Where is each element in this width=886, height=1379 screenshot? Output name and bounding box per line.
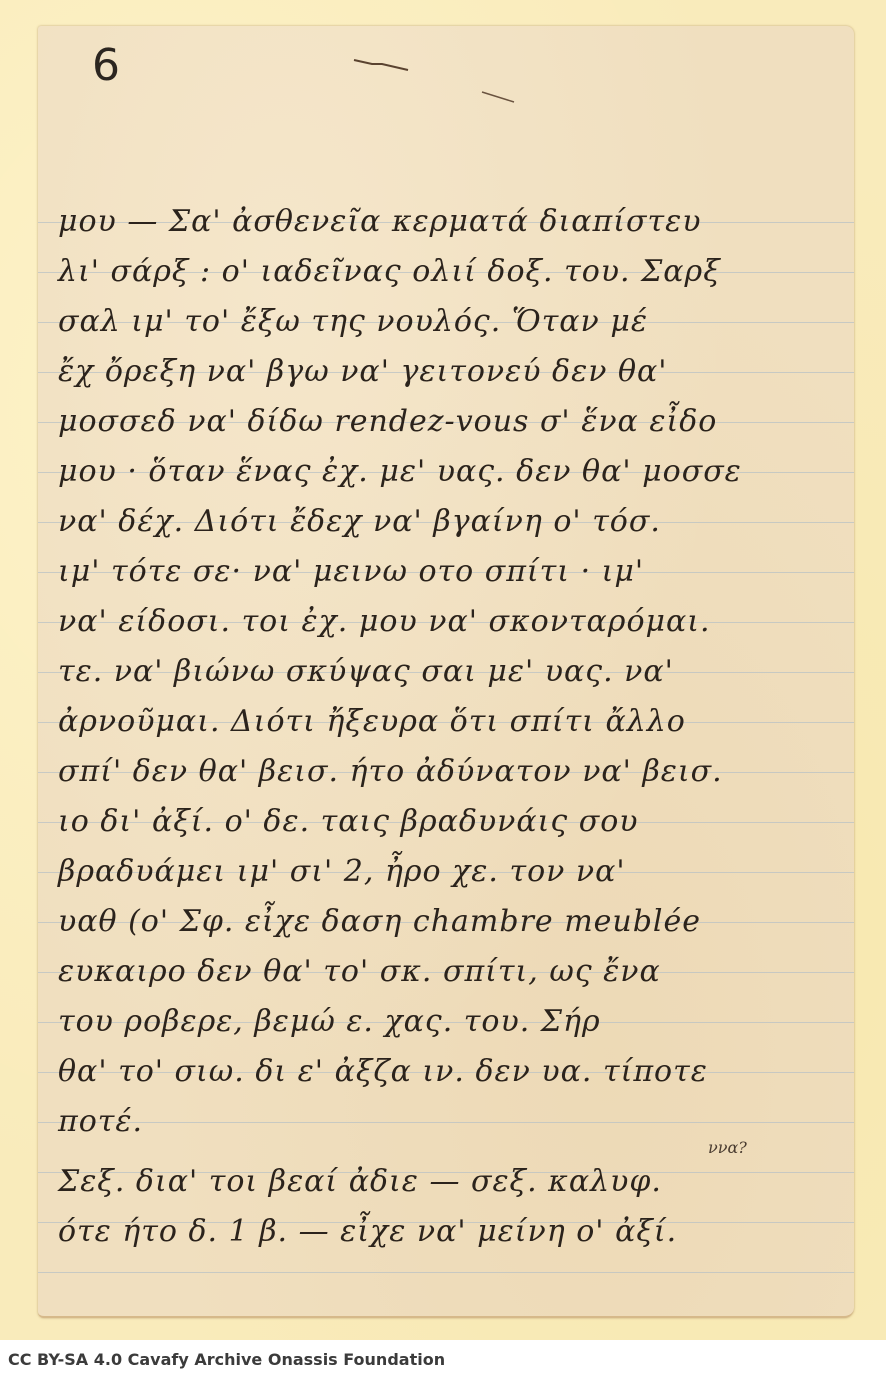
text-line: σαλ ιμ' το' ἔξω της νουλός. Ὅταν μέ (58, 304, 838, 339)
text-line: ἔχ ὄρεξη να' βγω να' γειτονεύ δεν θα' (58, 354, 838, 389)
paper-tear-mark (352, 56, 412, 74)
text-line: σπί' δεν θα' βεισ. ήτο ἀδύνατον να' βεισ… (58, 754, 838, 789)
text-line: να' είδοσι. τοι ἐχ. μου να' σκονταρόμαι. (58, 604, 838, 639)
text-line: ἀρνοῦμαι. Διότι ἤξευρα ὅτι σπίτι ἄλλο (58, 704, 838, 739)
text-line: λι' σάρξ : ο' ιαδεῖνας ολιί δοξ. του. Σα… (58, 254, 838, 289)
text-line: Σεξ. δια' τοι βεαί ἀδιε — σεξ. καλυφ. (58, 1164, 838, 1199)
caption-bar: CC BY-SA 4.0 Cavafy Archive Onassis Foun… (0, 1340, 886, 1379)
text-line: να' δέχ. Διότι ἔδεχ να' βγαίνη ο' τόσ. (58, 504, 838, 539)
ink-speck (480, 90, 516, 104)
text-line: του ροβερε, βεμώ ε. χας. του. Σήρ (58, 1004, 838, 1039)
text-line: ευκαιρο δεν θα' το' σκ. σπίτι, ως ἔνα (58, 954, 838, 989)
ruled-line (38, 1272, 854, 1273)
page-number: 6 (92, 40, 120, 91)
text-line: ότε ήτο δ. 1 β. — εἶχε να' μείνη ο' ἀξί. (58, 1214, 838, 1249)
text-line: τε. να' βιώνω σκύψας σαι με' υας. να' (58, 654, 838, 689)
text-line: μου · ὅταν ἕνας ἐχ. με' υας. δεν θα' μοσ… (58, 454, 838, 489)
text-line: ιμ' τότε σε· να' μεινω οτο σπίτι · ιμ' (58, 554, 838, 589)
text-line: θα' το' σιω. δι ε' ἀξζα ιν. δεν υα. τίπο… (58, 1054, 838, 1089)
text-line: βραδυάμει ιμ' σι' 2, ἦρο χε. τον να' (58, 854, 838, 889)
margin-mark: ννα? (708, 1138, 747, 1157)
text-line: υαθ (ο' Σφ. εἶχε δαση chambre meublée (58, 904, 838, 939)
text-line: ποτέ. (58, 1104, 838, 1139)
text-line: μου — Σα' ἀσθενεῖα κερματά διαπίστευ (58, 204, 838, 239)
text-line: μοσσεδ να' δίδω rendez-vous σ' ἕνα εἶδο (58, 404, 838, 439)
text-line: ιο δι' ἀξί. ο' δε. ταις βραδυνάις σου (58, 804, 838, 839)
license-caption: CC BY-SA 4.0 Cavafy Archive Onassis Foun… (8, 1350, 445, 1369)
